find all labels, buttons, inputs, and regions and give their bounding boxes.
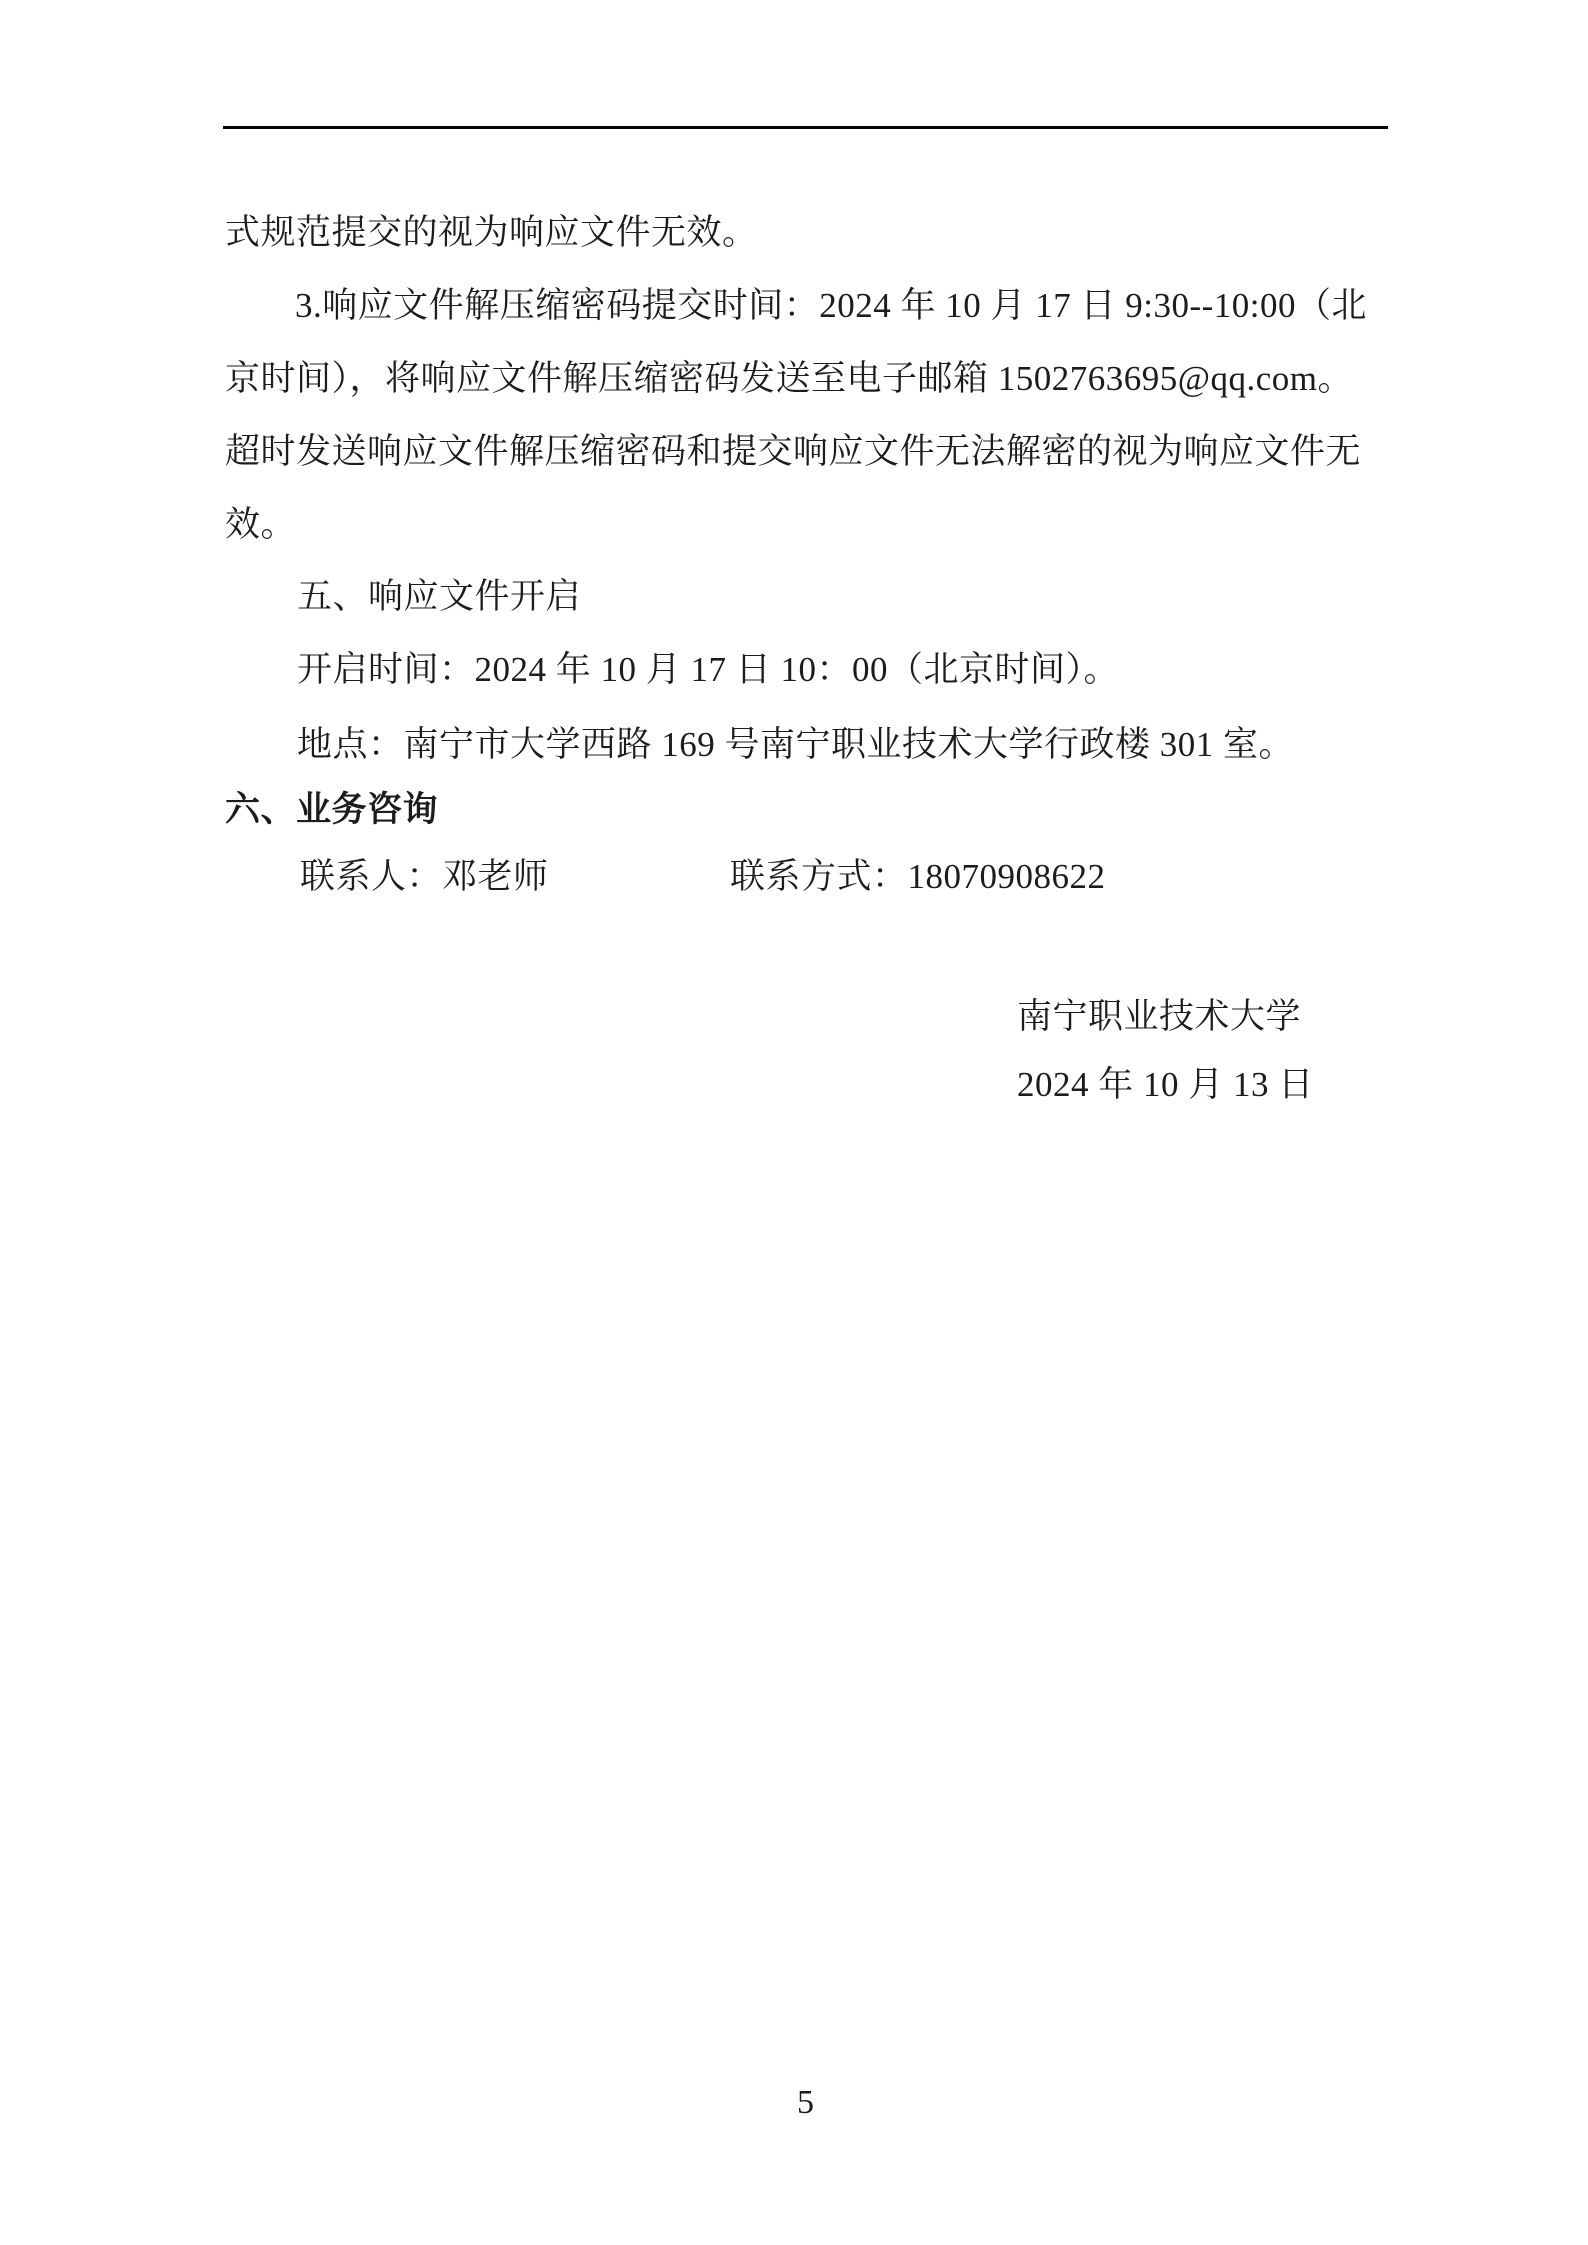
header-rule — [223, 126, 1388, 129]
section6-heading: 六、业务咨询 — [225, 792, 438, 827]
page-number: 5 — [223, 2086, 1388, 2120]
open-location-line: 地点：南宁市大学西路 169 号南宁职业技术大学行政楼 301 室。 — [297, 727, 1294, 762]
section5-heading: 五、响应文件开启 — [297, 579, 581, 614]
item3-end-line: 效。 — [225, 507, 296, 542]
signature-date: 2024 年 10 月 13 日 — [1017, 1067, 1314, 1102]
item3-time-line: 3.响应文件解压缩密码提交时间：2024 年 10 月 17 日 9:30--1… — [295, 288, 1367, 323]
item3-overtime-line: 超时发送响应文件解压缩密码和提交响应文件无法解密的视为响应文件无 — [225, 434, 1361, 469]
para-continuation-line: 式规范提交的视为响应文件无效。 — [225, 215, 758, 250]
item3-email-line: 京时间），将响应文件解压缩密码发送至电子邮箱 1502763695@qq.com… — [225, 361, 1353, 396]
contact-person: 联系人：邓老师 — [300, 859, 549, 894]
open-time-line: 开启时间：2024 年 10 月 17 日 10：00（北京时间）。 — [297, 652, 1119, 687]
contact-method: 联系方式：18070908622 — [730, 859, 1106, 894]
document-page: 式规范提交的视为响应文件无效。 3.响应文件解压缩密码提交时间：2024 年 1… — [0, 0, 1588, 2245]
signature-org: 南宁职业技术大学 — [1017, 999, 1301, 1034]
